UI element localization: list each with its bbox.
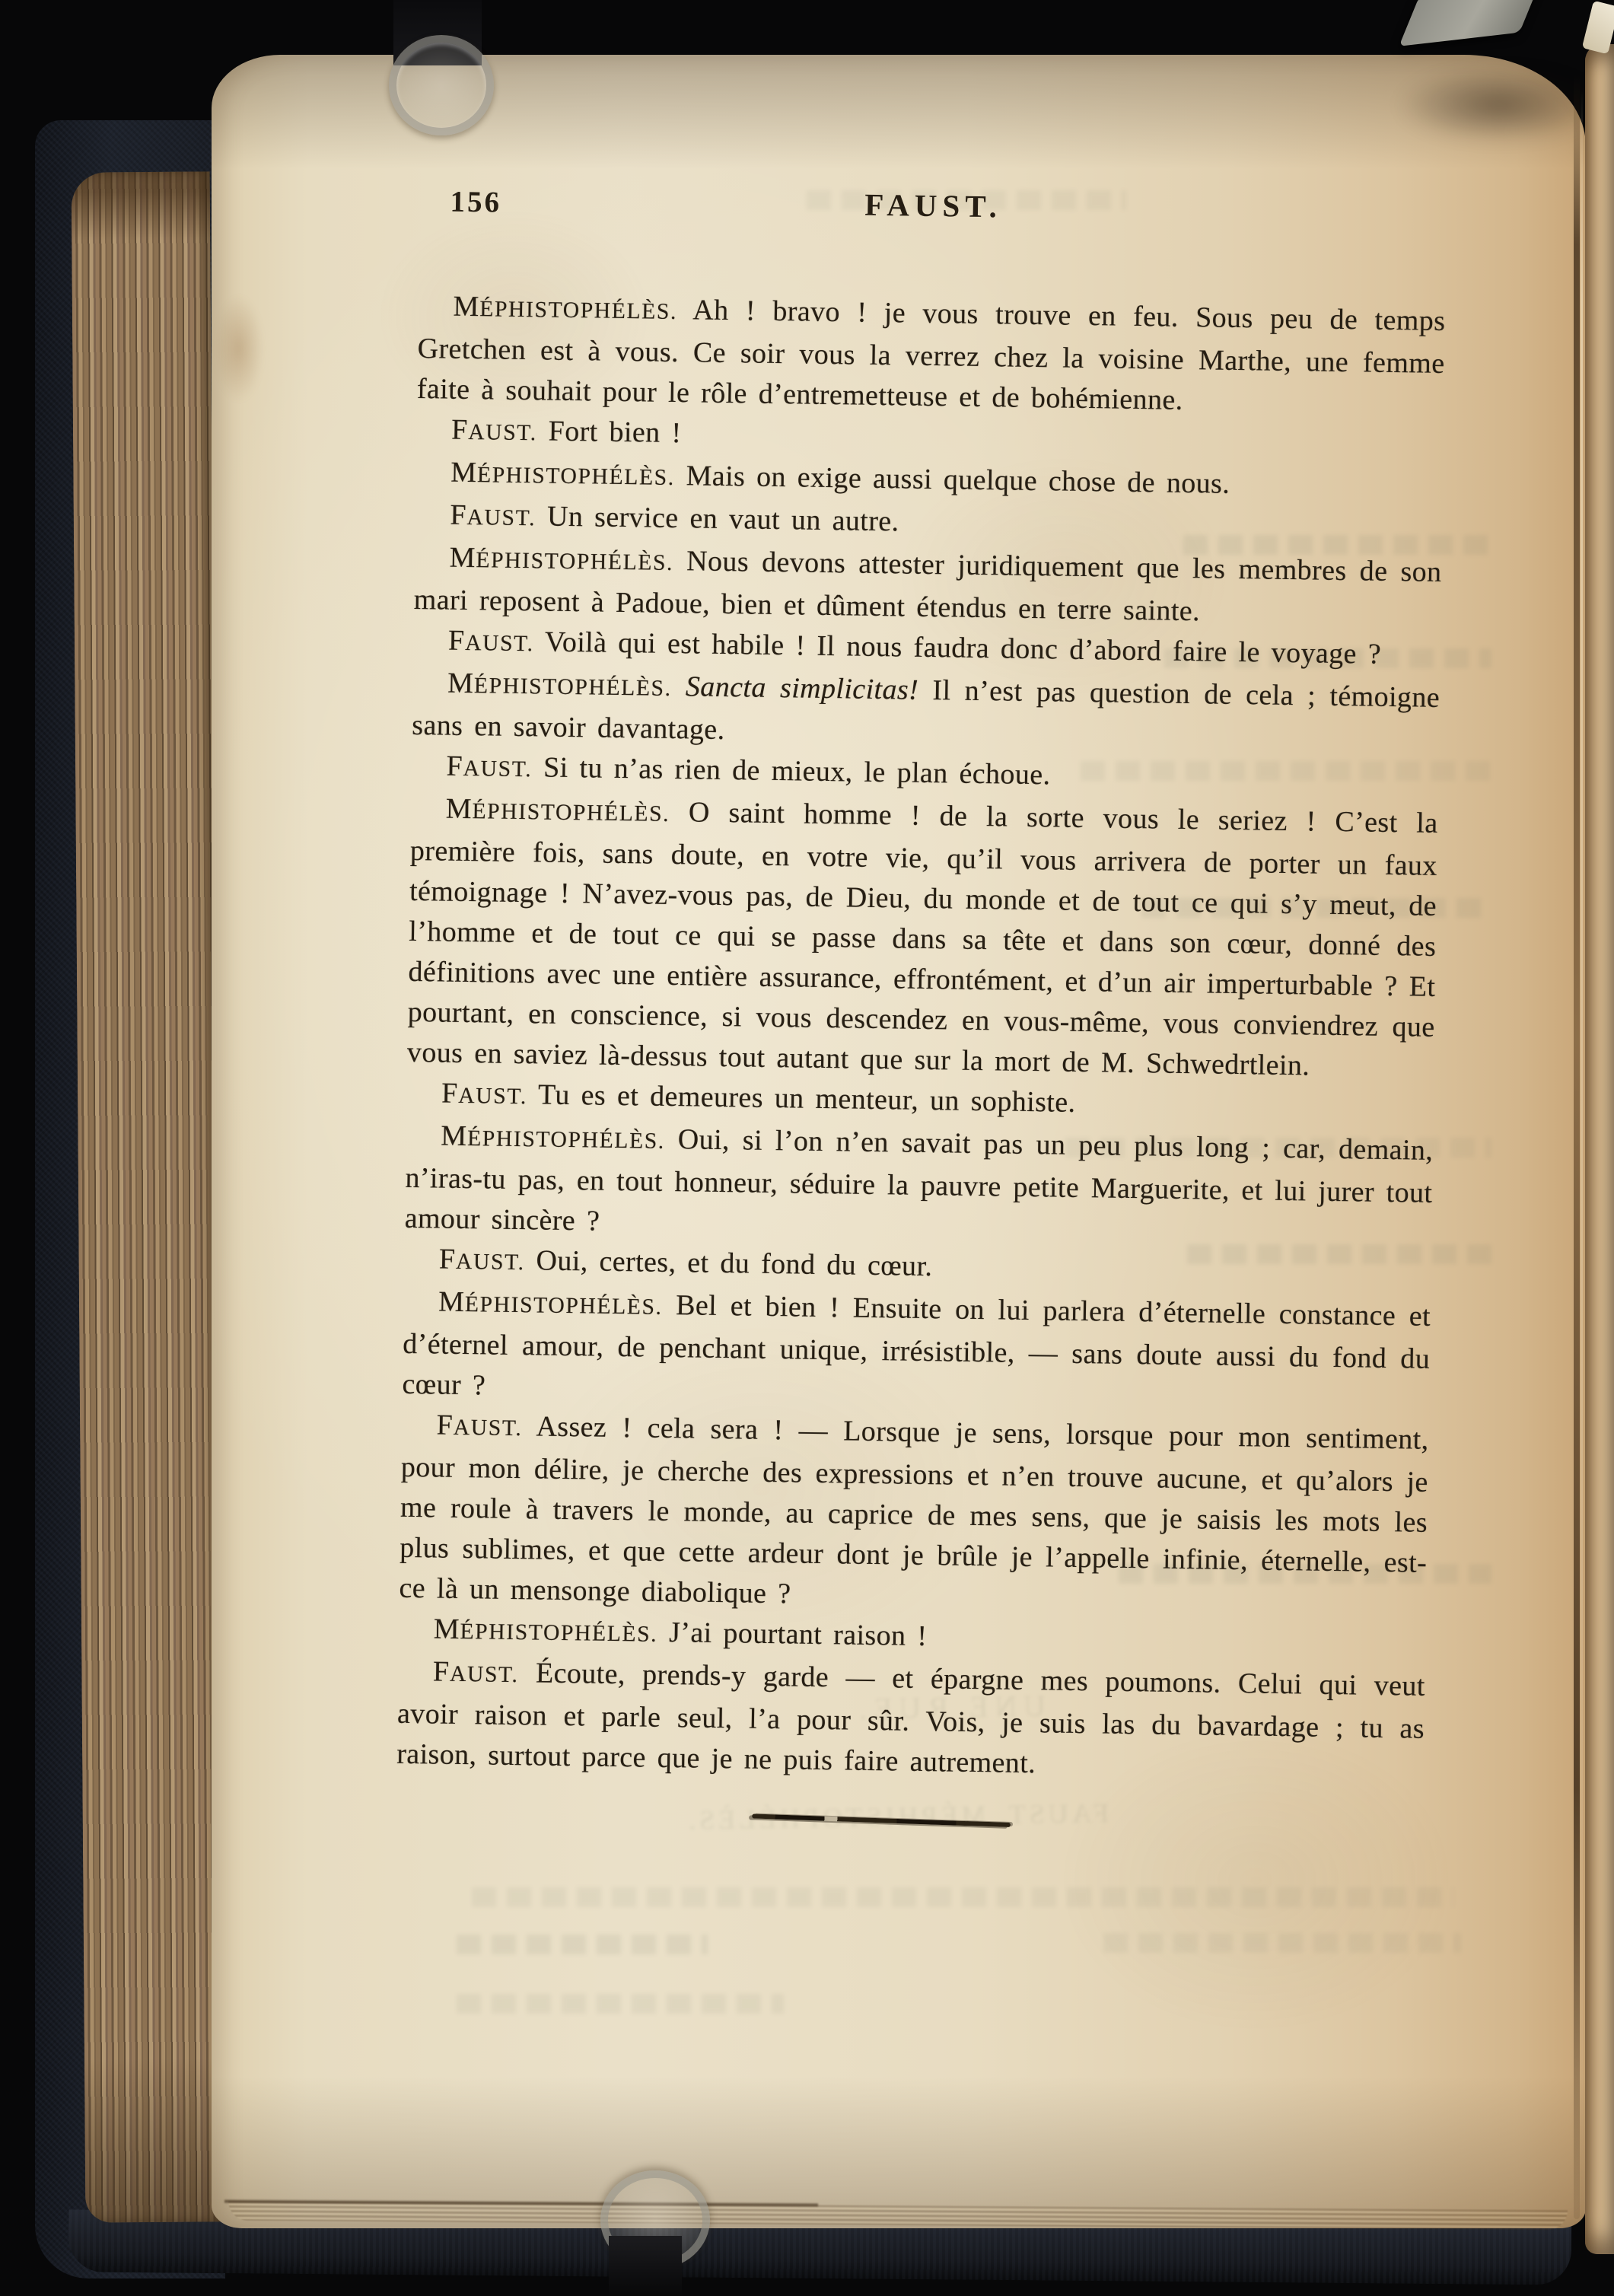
- speaker-label: MÉPHISTOPHÉLÈS.: [433, 1613, 657, 1648]
- paragraph-text: Un service en vaut un autre.: [536, 500, 899, 537]
- gutter-crease: [1574, 73, 1580, 2219]
- speaker-label: FAUST.: [446, 750, 532, 784]
- paragraph-text: O saint homme ! de la sorte vous le seri…: [407, 796, 1438, 1082]
- speaker-label: FAUST.: [448, 625, 534, 658]
- speaker-label: MÉPHISTOPHÉLÈS.: [445, 793, 670, 828]
- paragraph: MÉPHISTOPHÉLÈS. Nous devons attester jur…: [413, 537, 1441, 635]
- speaker-label: MÉPHISTOPHÉLÈS.: [441, 1120, 665, 1155]
- paragraph-text: Tu es et demeures un menteur, un sophist…: [527, 1078, 1076, 1119]
- page-holder-strap-bottom: [609, 2236, 682, 2296]
- speaker-label: MÉPHISTOPHÉLÈS.: [453, 291, 677, 326]
- dialogue: MÉPHISTOPHÉLÈS. Ah ! bravo ! je vous tro…: [396, 286, 1446, 1790]
- ghost-streak: [472, 1887, 1453, 1907]
- page-holder-strap-top-right: [1399, 0, 1539, 46]
- speaker-label: FAUST.: [439, 1244, 525, 1277]
- paragraph: MÉPHISTOPHÉLÈS. Sancta simplicitas! Il n…: [412, 663, 1440, 761]
- paragraph-text: Mais on exige aussi quelque chose de nou…: [674, 460, 1230, 500]
- paragraph-text: J’ai pourtant raison !: [657, 1616, 928, 1652]
- paragraph: MÉPHISTOPHÉLÈS. Oui, si l’on n’en savait…: [404, 1116, 1433, 1254]
- paper-stain: [215, 295, 263, 402]
- paragraph-text: Oui, certes, et du fond du cœur.: [524, 1244, 932, 1282]
- paragraph-text: Fort bien !: [537, 415, 682, 449]
- speaker-label: FAUST.: [441, 1078, 527, 1111]
- page-number: 156: [450, 185, 501, 220]
- paragraph-text: Écoute, prends-y garde — et épargne mes …: [396, 1657, 1425, 1779]
- ghost-streak: [457, 1935, 708, 1954]
- page-corner-shadow: [1396, 67, 1602, 143]
- ghost-streak: [457, 1994, 784, 2014]
- speaker-label: MÉPHISTOPHÉLÈS.: [450, 457, 675, 492]
- paragraph: FAUST. Écoute, prends-y garde — et éparg…: [396, 1651, 1425, 1790]
- ghost-streak: [1103, 1933, 1461, 1953]
- paragraph: MÉPHISTOPHÉLÈS. O saint homme ! de la so…: [407, 788, 1438, 1088]
- book-photo: UNE RUE. FAUST, MÉPHISTOPHÉLÈS. 156 FAUS…: [0, 0, 1614, 2296]
- speaker-label: FAUST.: [450, 499, 536, 533]
- speaker-label: FAUST.: [436, 1409, 522, 1443]
- paragraph: FAUST. Assez ! cela sera ! — Lorsque je …: [399, 1405, 1429, 1624]
- gutter-highlight: [1581, 91, 1583, 2192]
- paragraph: MÉPHISTOPHÉLÈS. Bel et bien ! Ensuite on…: [402, 1282, 1431, 1420]
- paragraph-text: Si tu n’as rien de mieux, le plan échoue…: [532, 751, 1051, 791]
- facing-page-corner: [1582, 1, 1614, 55]
- speaker-label: MÉPHISTOPHÉLÈS.: [438, 1286, 663, 1321]
- speaker-label: FAUST.: [433, 1655, 519, 1689]
- paragraph-text: Voilà qui est habile ! Il nous faudra do…: [533, 626, 1381, 670]
- facing-page-sliver: [1585, 44, 1614, 2254]
- speaker-label: MÉPHISTOPHÉLÈS.: [447, 667, 672, 702]
- speaker-label: MÉPHISTOPHÉLÈS.: [449, 542, 673, 577]
- paragraph: MÉPHISTOPHÉLÈS. Ah ! bravo ! je vous tro…: [417, 286, 1446, 425]
- speaker-label: FAUST.: [451, 414, 537, 447]
- page-holder-clip-top: [389, 35, 494, 135]
- page-fore-edge-stack: [72, 171, 224, 2222]
- printed-text-block: 156 FAUST. MÉPHISTOPHÉLÈS. Ah ! bravo ! …: [396, 180, 1447, 1831]
- paragraph-text: Assez ! cela sera ! — Lorsque je sens, l…: [399, 1410, 1429, 1610]
